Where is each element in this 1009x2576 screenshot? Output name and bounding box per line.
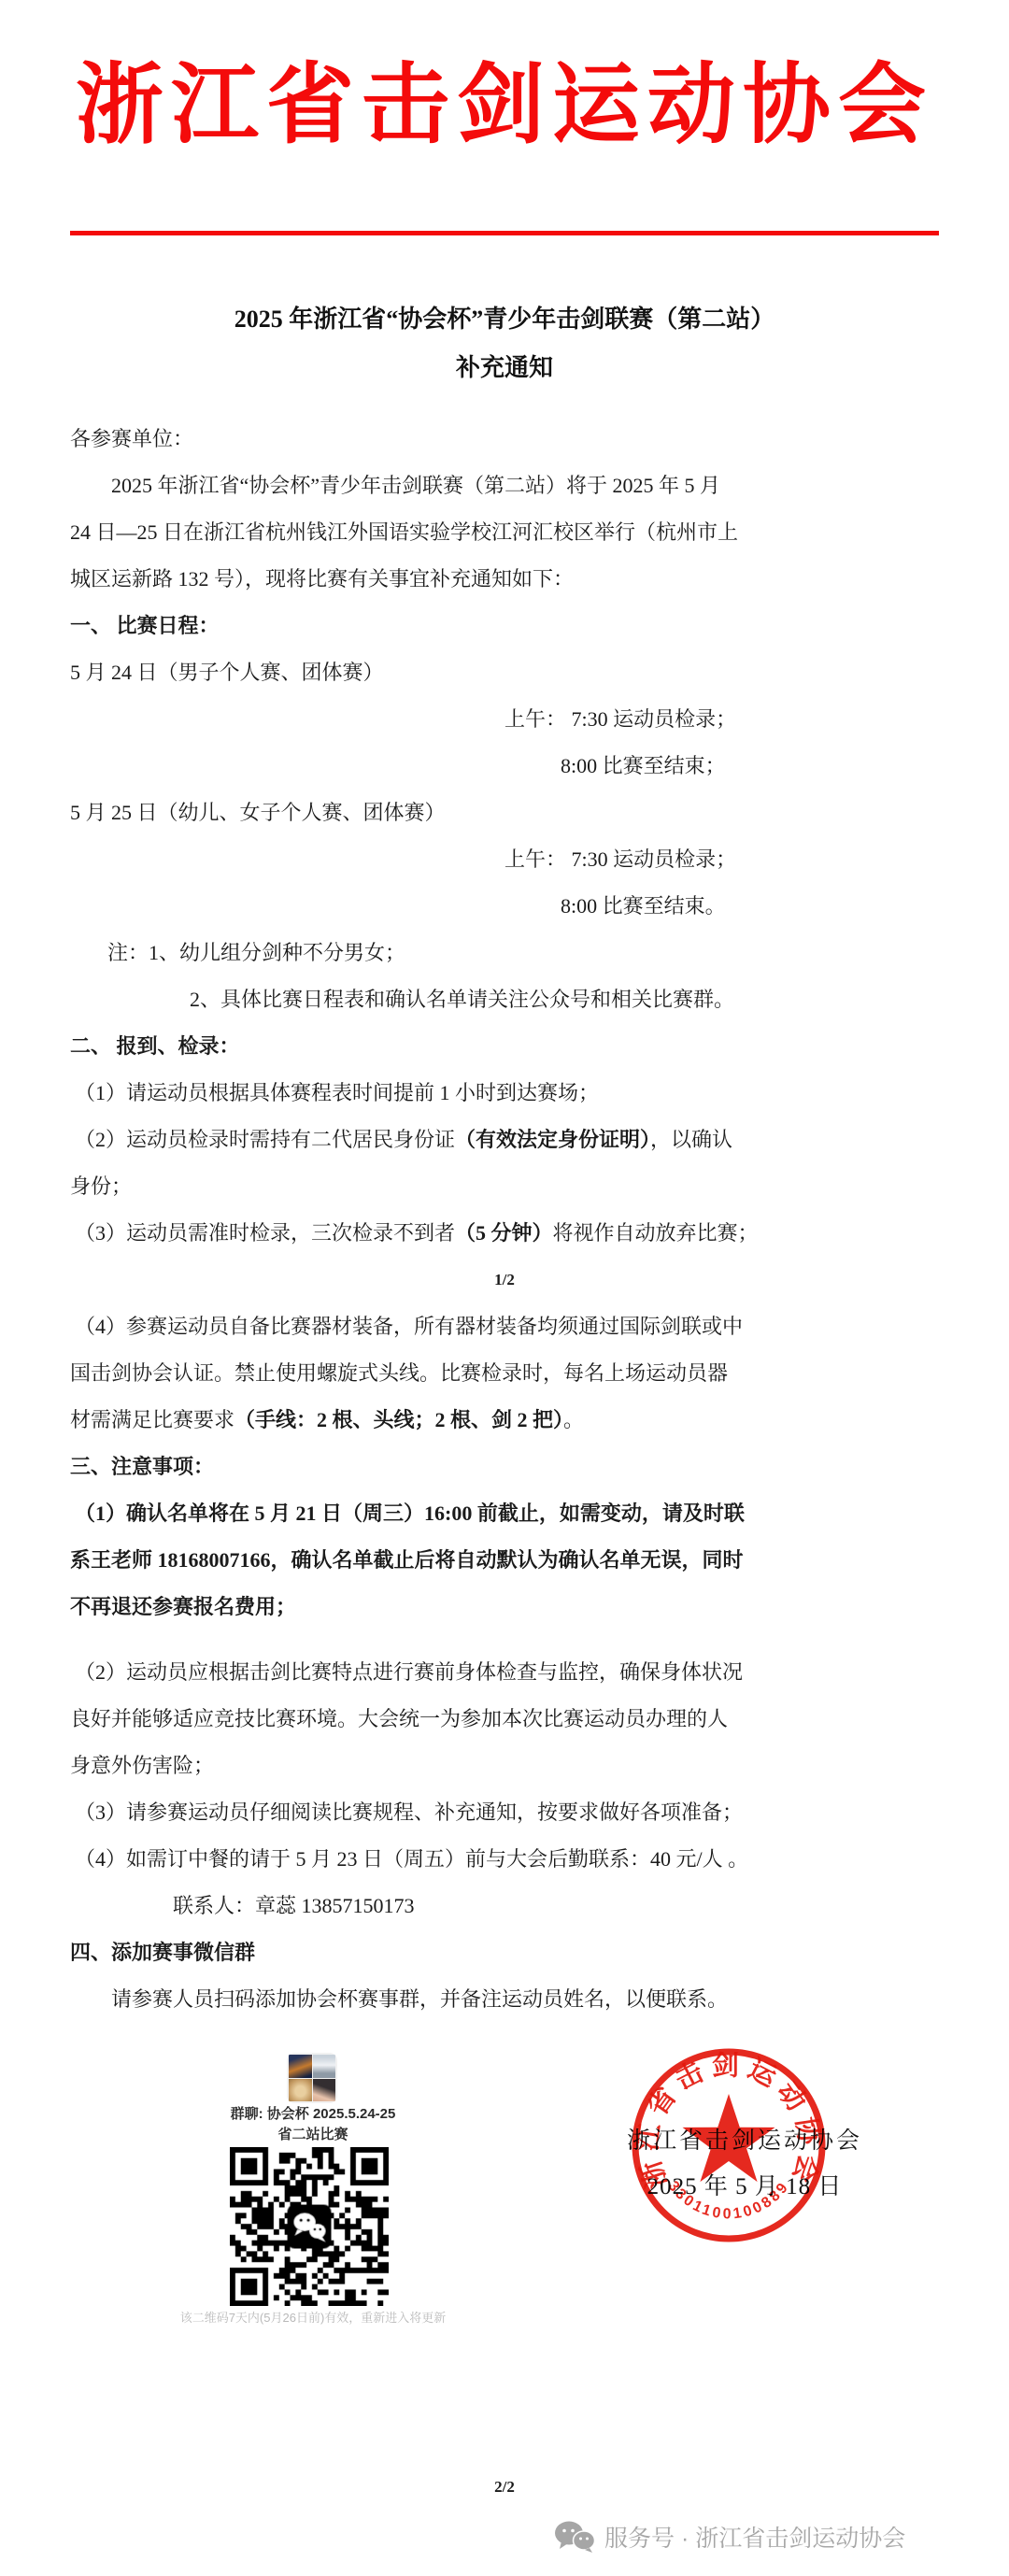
doc-line: （2）运动员应根据击剑比赛特点进行赛前身体检查与监控，确保身体状况: [70, 1649, 939, 1696]
doc-line: 联系人：章蕊 13857150173: [70, 1883, 939, 1929]
doc-line: 上午： 7:30 运动员检录；: [70, 696, 939, 743]
group-avatar: [287, 2053, 337, 2103]
doc-line: （4）如需订中餐的请于 5 月 23 日（周五）前与大会后勤联系：40 元/人 …: [70, 1836, 939, 1883]
doc-line: 5 月 25 日（幼儿、女子个人赛、团体赛）: [70, 790, 939, 836]
doc-line: 注：1、幼儿组分剑种不分男女；: [70, 930, 939, 976]
doc-line: 身意外伤害险；: [70, 1743, 939, 1789]
doc-line: 材需满足比赛要求（手线：2 根、头线；2 根、剑 2 把）。: [70, 1397, 939, 1444]
doc-line: （3）运动员需准时检录，三次检录不到者（5 分钟）将视作自动放弃比赛；: [70, 1210, 939, 1257]
document-title-line2: 补充通知: [0, 344, 1009, 392]
signature-date: 2025 年 5 月 18 日: [609, 2168, 880, 2201]
group-name: 群聊: 协会杯 2025.5.24-25 省二站比赛: [187, 2104, 439, 2145]
avatar-photo-city: [289, 2055, 312, 2078]
doc-line: 身份；: [70, 1163, 939, 1210]
doc-line: （2）运动员检录时需持有二代居民身份证（有效法定身份证明），以确认: [70, 1117, 939, 1163]
doc-line: （1）请运动员根据具体赛程表时间提前 1 小时到达赛场；: [70, 1070, 939, 1117]
avatar-photo-bear: [289, 2079, 312, 2102]
doc-body: 各参赛单位：2025 年浙江省“协会杯”青少年击剑联赛（第二站）将于 2025 …: [70, 416, 939, 2023]
group-qr-code: [230, 2147, 389, 2306]
doc-line: 四、添加赛事微信群: [70, 1929, 939, 1976]
doc-line: 2、具体比赛日程表和确认名单请关注公众号和相关比赛群。: [70, 976, 939, 1023]
doc-line: 国击剑协会认证。禁止使用螺旋式头线。比赛检录时，每名上场运动员器: [70, 1350, 939, 1397]
doc-line: 2025 年浙江省“协会杯”青少年击剑联赛（第二站）将于 2025 年 5 月: [70, 463, 939, 509]
page-indicator-2: 2/2: [0, 2478, 1009, 2497]
page-indicator-1: 1/2: [70, 1257, 939, 1303]
red-divider: [70, 231, 939, 235]
footer-service-account[interactable]: 服务号 · 浙江省击剑运动协会: [554, 2515, 905, 2558]
doc-line: 城区运新路 132 号），现将比赛有关事宜补充通知如下：: [70, 556, 939, 603]
document-title-line1: 2025 年浙江省“协会杯”青少年击剑联赛（第二站）: [0, 295, 1009, 344]
doc-line: 请参赛人员扫码添加协会杯赛事群，并备注运动员姓名，以便联系。: [70, 1976, 939, 2023]
qr-validity-note: 该二维码7天内(5月26日前)有效，重新进入将更新: [154, 2308, 472, 2326]
footer-label[interactable]: 服务号 · 浙江省击剑运动协会: [604, 2520, 905, 2554]
doc-line: 一、 比赛日程：: [70, 603, 939, 649]
doc-line: 不再退还参赛报名费用；: [70, 1584, 939, 1630]
doc-line: 良好并能够适应竞技比赛环境。大会统一为参加本次比赛运动员办理的人: [70, 1696, 939, 1743]
document-title: 2025 年浙江省“协会杯”青少年击剑联赛（第二站） 补充通知: [0, 295, 1009, 392]
doc-line: （4）参赛运动员自备比赛器材装备，所有器材装备均须通过国际剑联或中: [70, 1303, 939, 1350]
doc-line: 5 月 24 日（男子个人赛、团体赛）: [70, 649, 939, 696]
doc-line: 8:00 比赛至结束。: [70, 883, 939, 930]
avatar-photo-airplane: [313, 2055, 336, 2078]
doc-line: 各参赛单位：: [70, 416, 939, 463]
wechat-icon: [554, 2521, 595, 2553]
doc-line: 上午： 7:30 运动员检录；: [70, 836, 939, 883]
avatar-photo-anime: [313, 2079, 336, 2102]
doc-line: （1）确认名单将在 5 月 21 日（周三）16:00 前截止，如需变动，请及时…: [70, 1490, 939, 1537]
doc-line: （3）请参赛运动员仔细阅读比赛规程、补充通知，按要求做好各项准备；: [70, 1789, 939, 1836]
signature-org: 浙江省击剑运动协会: [609, 2122, 880, 2156]
doc-line: 系王老师 18168007166，确认名单截止后将自动默认为确认名单无误，同时: [70, 1537, 939, 1584]
doc-line: 三、注意事项：: [70, 1444, 939, 1490]
org-title: 浙江省击剑运动协会: [0, 34, 1009, 160]
doc-line: 8:00 比赛至结束；: [70, 743, 939, 790]
group-name-line2: 省二站比赛: [187, 2125, 439, 2145]
doc-line: 二、 报到、检录：: [70, 1023, 939, 1070]
group-name-line1: 群聊: 协会杯 2025.5.24-25: [187, 2104, 439, 2125]
doc-line: 24 日—25 日在浙江省杭州钱江外国语实验学校江河汇校区举行（杭州市上: [70, 509, 939, 556]
